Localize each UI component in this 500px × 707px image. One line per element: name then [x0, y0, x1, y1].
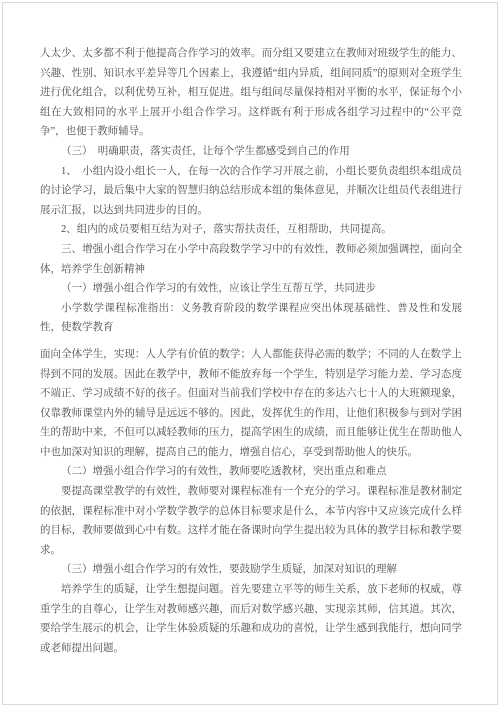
paragraph: 培养学生的质疑，让学生想提问题。首先要建立平等的师生关系，放下老师的权威，尊重学…: [40, 580, 462, 658]
paragraph: 2、组内的成员要相互结为对子，落实帮扶责任，互相帮助，共同提高。: [40, 220, 462, 240]
paragraph: 要提高课堂教学的有效性，教师要对课程标准有一个充分的学习。课程标准是教材制定的依…: [40, 482, 462, 560]
document-page: 人太少、太多都不利于他提高合作学习的效率。而分组又要建立在教师对班级学生的能力、…: [0, 0, 500, 707]
paragraph: 三、增强小组合作学习在小学中高段数学学习中的有效性，教师必须加强调控，面向全体，…: [40, 240, 462, 279]
document-body: 人太少、太多都不利于他提高合作学习的效率。而分组又要建立在教师对班级学生的能力、…: [40, 44, 462, 658]
paragraph: （三） 明确职责，落实责任，让每个学生都感受到自己的作用: [40, 142, 462, 162]
paragraph: 人太少、太多都不利于他提高合作学习的效率。而分组又要建立在教师对班级学生的能力、…: [40, 44, 462, 142]
paragraph: （三）增强小组合作学习的有效性，要鼓励学生质疑，加深对知识的理解: [40, 560, 462, 580]
paragraph: （一）增强小组合作学习的有效性，应该让学生互帮互学，共同进步: [40, 279, 462, 299]
paragraph: 面向全体学生，实现：人人学有价值的数学；人人都能获得必需的数学；不同的人在数学上…: [40, 345, 462, 463]
paragraph: 小学数学课程标准指出：义务教育阶段的数学课程应突出体现基础性、普及性和发展性，使…: [40, 299, 462, 338]
paragraph: 1、 小组内设小组长一人，在每一次的合作学习开展之前，小组长要负责组织本组成员的…: [40, 162, 462, 221]
paragraph: （二）增强小组合作学习的有效性，教师要吃透教材，突出重点和难点: [40, 462, 462, 482]
